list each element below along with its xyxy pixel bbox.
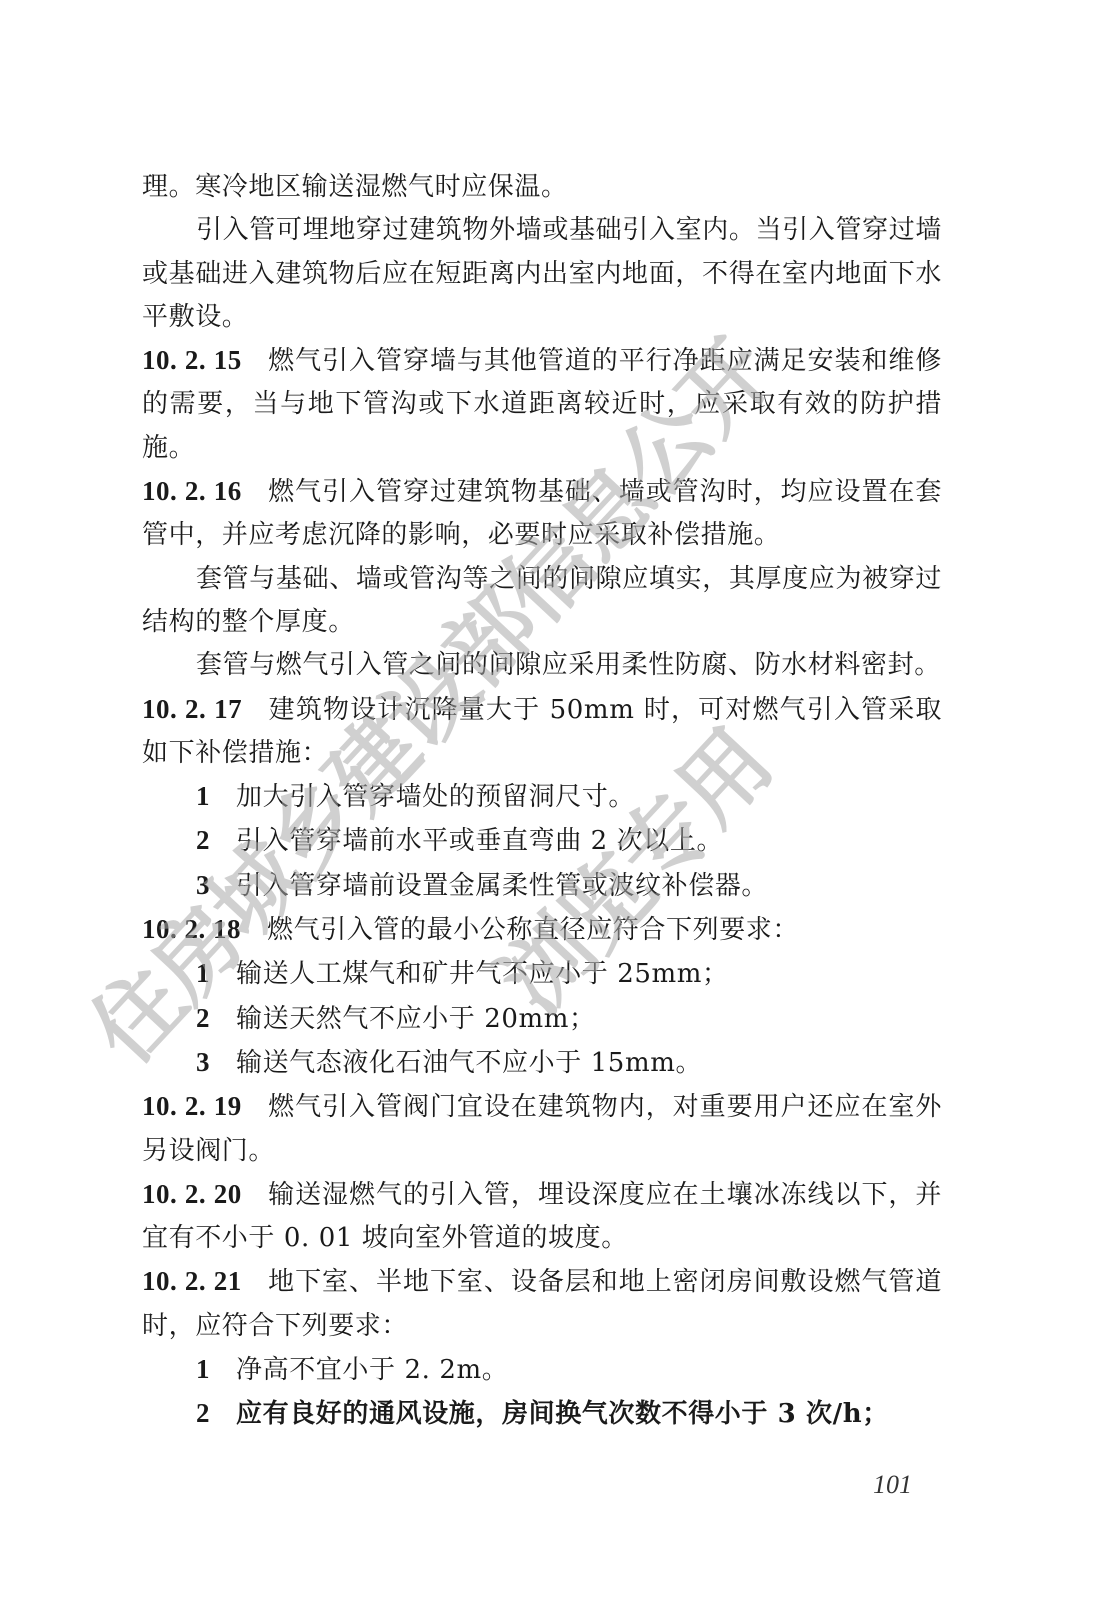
list-item: 1净高不宜小于 2. 2m。 bbox=[142, 1348, 942, 1392]
list-item: 3输送气态液化石油气不应小于 15mm。 bbox=[142, 1041, 942, 1085]
paragraph-continuation: 理。寒冷地区输送湿燃气时应保温。 bbox=[142, 166, 942, 209]
item-number: 1 bbox=[196, 952, 236, 995]
list-item-mandatory: 2应有良好的通风设施，房间换气次数不得小于 3 次/h； bbox=[142, 1392, 942, 1436]
clause-text: 燃气引入管穿过建筑物基础、墙或管沟时，均应设置在套管中，并应考虑沉降的影响，必要… bbox=[142, 477, 942, 550]
clause-number: 10. 2. 16 bbox=[142, 476, 242, 506]
clause-10-2-16: 10. 2. 16燃气引入管穿过建筑物基础、墙或管沟时，均应设置在套管中，并应考… bbox=[142, 470, 942, 558]
paragraph-text: 套管与基础、墙或管沟等之间的间隙应填实，其厚度应为被穿过结构的整个厚度。 bbox=[142, 564, 942, 637]
clause-number: 10. 2. 19 bbox=[142, 1091, 242, 1121]
item-number: 2 bbox=[196, 997, 236, 1040]
clause-text: 地下室、半地下室、设备层和地上密闭房间敷设燃气管道时，应符合下列要求： bbox=[142, 1267, 942, 1340]
item-text: 引入管穿墙前设置金属柔性管或波纹补偿器。 bbox=[236, 871, 768, 901]
clause-10-2-20: 10. 2. 20输送湿燃气的引入管，埋设深度应在土壤冰冻线以下，并宜有不小于 … bbox=[142, 1173, 942, 1261]
page-body: 理。寒冷地区输送湿燃气时应保温。 引入管可埋地穿过建筑物外墙或基础引入室内。当引… bbox=[142, 166, 942, 1437]
clause-10-2-19: 10. 2. 19燃气引入管阀门宜设在建筑物内，对重要用户还应在室外另设阀门。 bbox=[142, 1085, 942, 1173]
item-number: 3 bbox=[196, 1041, 236, 1084]
list-item: 3引入管穿墙前设置金属柔性管或波纹补偿器。 bbox=[142, 864, 942, 908]
list-item: 2输送天然气不应小于 20mm； bbox=[142, 997, 942, 1041]
item-text: 引入管穿墙前水平或垂直弯曲 2 次以上。 bbox=[236, 826, 723, 856]
paragraph-inlet-pipe: 引入管可埋地穿过建筑物外墙或基础引入室内。当引入管穿过墙或基础进入建筑物后应在短… bbox=[142, 209, 942, 339]
paragraph-text: 引入管可埋地穿过建筑物外墙或基础引入室内。当引入管穿过墙或基础进入建筑物后应在短… bbox=[142, 215, 942, 332]
item-text: 输送人工煤气和矿井气不应小于 25mm； bbox=[236, 959, 729, 989]
paragraph-sleeve-seal: 套管与燃气引入管之间的间隙应采用柔性防腐、防水材料密封。 bbox=[142, 644, 942, 687]
list-item: 2引入管穿墙前水平或垂直弯曲 2 次以上。 bbox=[142, 819, 942, 863]
item-number: 1 bbox=[196, 775, 236, 818]
item-number: 2 bbox=[196, 1392, 236, 1435]
item-text: 应有良好的通风设施，房间换气次数不得小于 3 次/h； bbox=[236, 1399, 889, 1429]
clause-number: 10. 2. 21 bbox=[142, 1266, 242, 1296]
item-text: 输送气态液化石油气不应小于 15mm。 bbox=[236, 1048, 702, 1078]
item-number: 3 bbox=[196, 864, 236, 907]
paragraph-text: 理。寒冷地区输送湿燃气时应保温。 bbox=[142, 172, 568, 202]
paragraph-text: 套管与燃气引入管之间的间隙应采用柔性防腐、防水材料密封。 bbox=[196, 650, 941, 680]
clause-number: 10. 2. 20 bbox=[142, 1179, 242, 1209]
item-number: 1 bbox=[196, 1348, 236, 1391]
clause-number: 10. 2. 15 bbox=[142, 345, 242, 375]
clause-text: 建筑物设计沉降量大于 50mm 时，可对燃气引入管采取如下补偿措施： bbox=[142, 695, 942, 768]
page-number: 101 bbox=[873, 1470, 912, 1500]
clause-10-2-17: 10. 2. 17建筑物设计沉降量大于 50mm 时，可对燃气引入管采取如下补偿… bbox=[142, 688, 942, 776]
list-item: 1加大引入管穿墙处的预留洞尺寸。 bbox=[142, 775, 942, 819]
item-text: 加大引入管穿墙处的预留洞尺寸。 bbox=[236, 782, 635, 812]
item-text: 输送天然气不应小于 20mm； bbox=[236, 1004, 596, 1034]
item-text: 净高不宜小于 2. 2m。 bbox=[236, 1355, 508, 1385]
clause-text: 燃气引入管穿墙与其他管道的平行净距应满足安装和维修的需要，当与地下管沟或下水道距… bbox=[142, 346, 942, 463]
clause-10-2-18: 10. 2. 18燃气引入管的最小公称直径应符合下列要求： bbox=[142, 908, 942, 952]
list-item: 1输送人工煤气和矿井气不应小于 25mm； bbox=[142, 952, 942, 996]
clause-text: 燃气引入管阀门宜设在建筑物内，对重要用户还应在室外另设阀门。 bbox=[142, 1092, 942, 1165]
clause-number: 10. 2. 18 bbox=[142, 914, 241, 944]
clause-10-2-15: 10. 2. 15燃气引入管穿墙与其他管道的平行净距应满足安装和维修的需要，当与… bbox=[142, 339, 942, 470]
paragraph-sleeve-gap: 套管与基础、墙或管沟等之间的间隙应填实，其厚度应为被穿过结构的整个厚度。 bbox=[142, 558, 942, 645]
item-number: 2 bbox=[196, 819, 236, 862]
clause-text: 燃气引入管的最小公称直径应符合下列要求： bbox=[267, 915, 799, 945]
clause-text: 输送湿燃气的引入管，埋设深度应在土壤冰冻线以下，并宜有不小于 0. 01 坡向室… bbox=[142, 1180, 942, 1253]
clause-10-2-21: 10. 2. 21地下室、半地下室、设备层和地上密闭房间敷设燃气管道时，应符合下… bbox=[142, 1260, 942, 1348]
clause-number: 10. 2. 17 bbox=[142, 694, 242, 724]
document-page: 理。寒冷地区输送湿燃气时应保温。 引入管可埋地穿过建筑物外墙或基础引入室内。当引… bbox=[0, 0, 1103, 1598]
